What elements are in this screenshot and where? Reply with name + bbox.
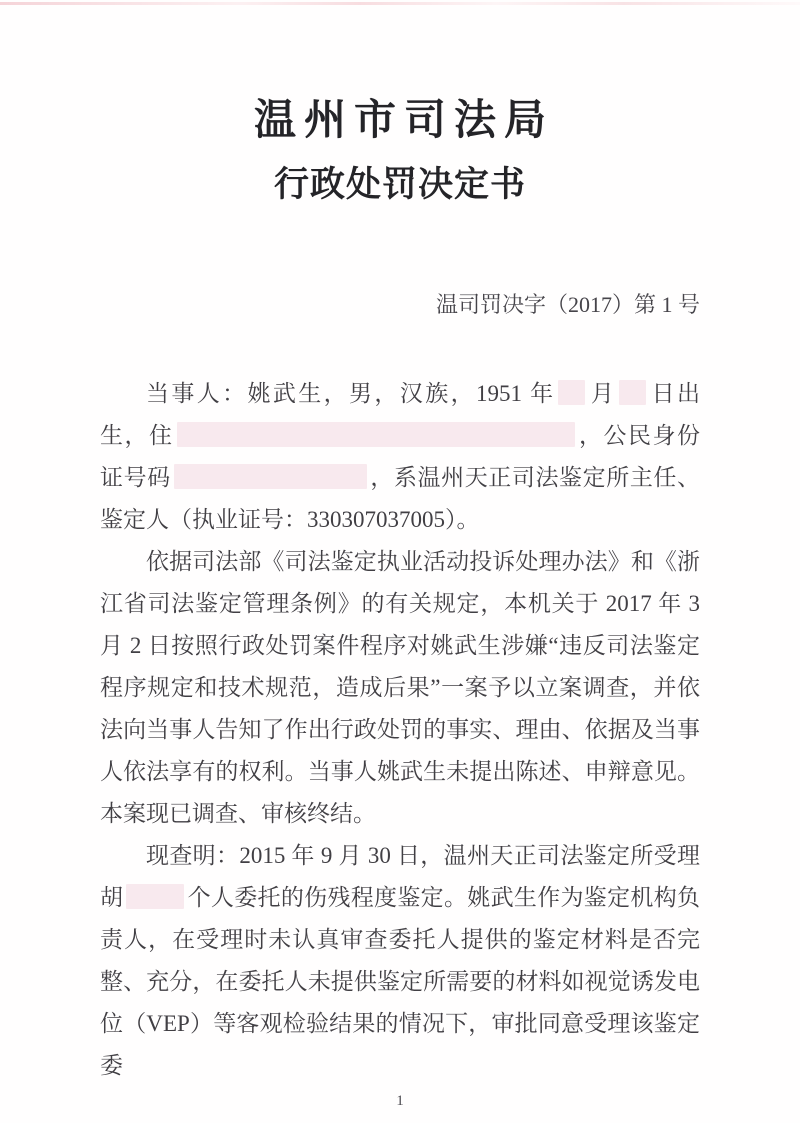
redaction-birth-month <box>558 380 585 405</box>
document-body: 当事人：姚武生，男，汉族，1951 年月日出生，住，公民身份证号码，系温州天正司… <box>100 373 700 1087</box>
scan-artifact-line <box>0 2 800 5</box>
page-number: 1 <box>0 1093 800 1110</box>
redaction-client-name <box>126 884 184 909</box>
redaction-birth-day <box>619 380 646 405</box>
paragraph-legal-basis: 依据司法部《司法鉴定执业活动投诉处理办法》和《浙江省司法鉴定管理条例》的有关规定… <box>100 541 700 835</box>
party-info-text-1: 当事人：姚武生，男，汉族，1951 年 <box>146 381 555 406</box>
document-type-title: 行政处罚决定书 <box>0 160 800 210</box>
paragraph-party-info: 当事人：姚武生，男，汉族，1951 年月日出生，住，公民身份证号码，系温州天正司… <box>100 373 700 541</box>
redaction-id-number <box>174 464 367 489</box>
findings-text-2: 个人委托的伤残程度鉴定。姚武生作为鉴定机构负责人，在受理时未认真审查委托人提供的… <box>100 885 700 1078</box>
scanned-document-page: 温州市司法局 行政处罚决定书 温司罚决字（2017）第 1 号 当事人：姚武生，… <box>0 0 800 1123</box>
document-number: 温司罚决字（2017）第 1 号 <box>0 290 800 320</box>
redaction-address <box>177 422 575 447</box>
party-info-text-2: 月 <box>588 381 616 406</box>
paragraph-findings: 现查明：2015 年 9 月 30 日，温州天正司法鉴定所受理胡个人委托的伤残程… <box>100 835 700 1087</box>
agency-title: 温州市司法局 <box>0 0 800 150</box>
